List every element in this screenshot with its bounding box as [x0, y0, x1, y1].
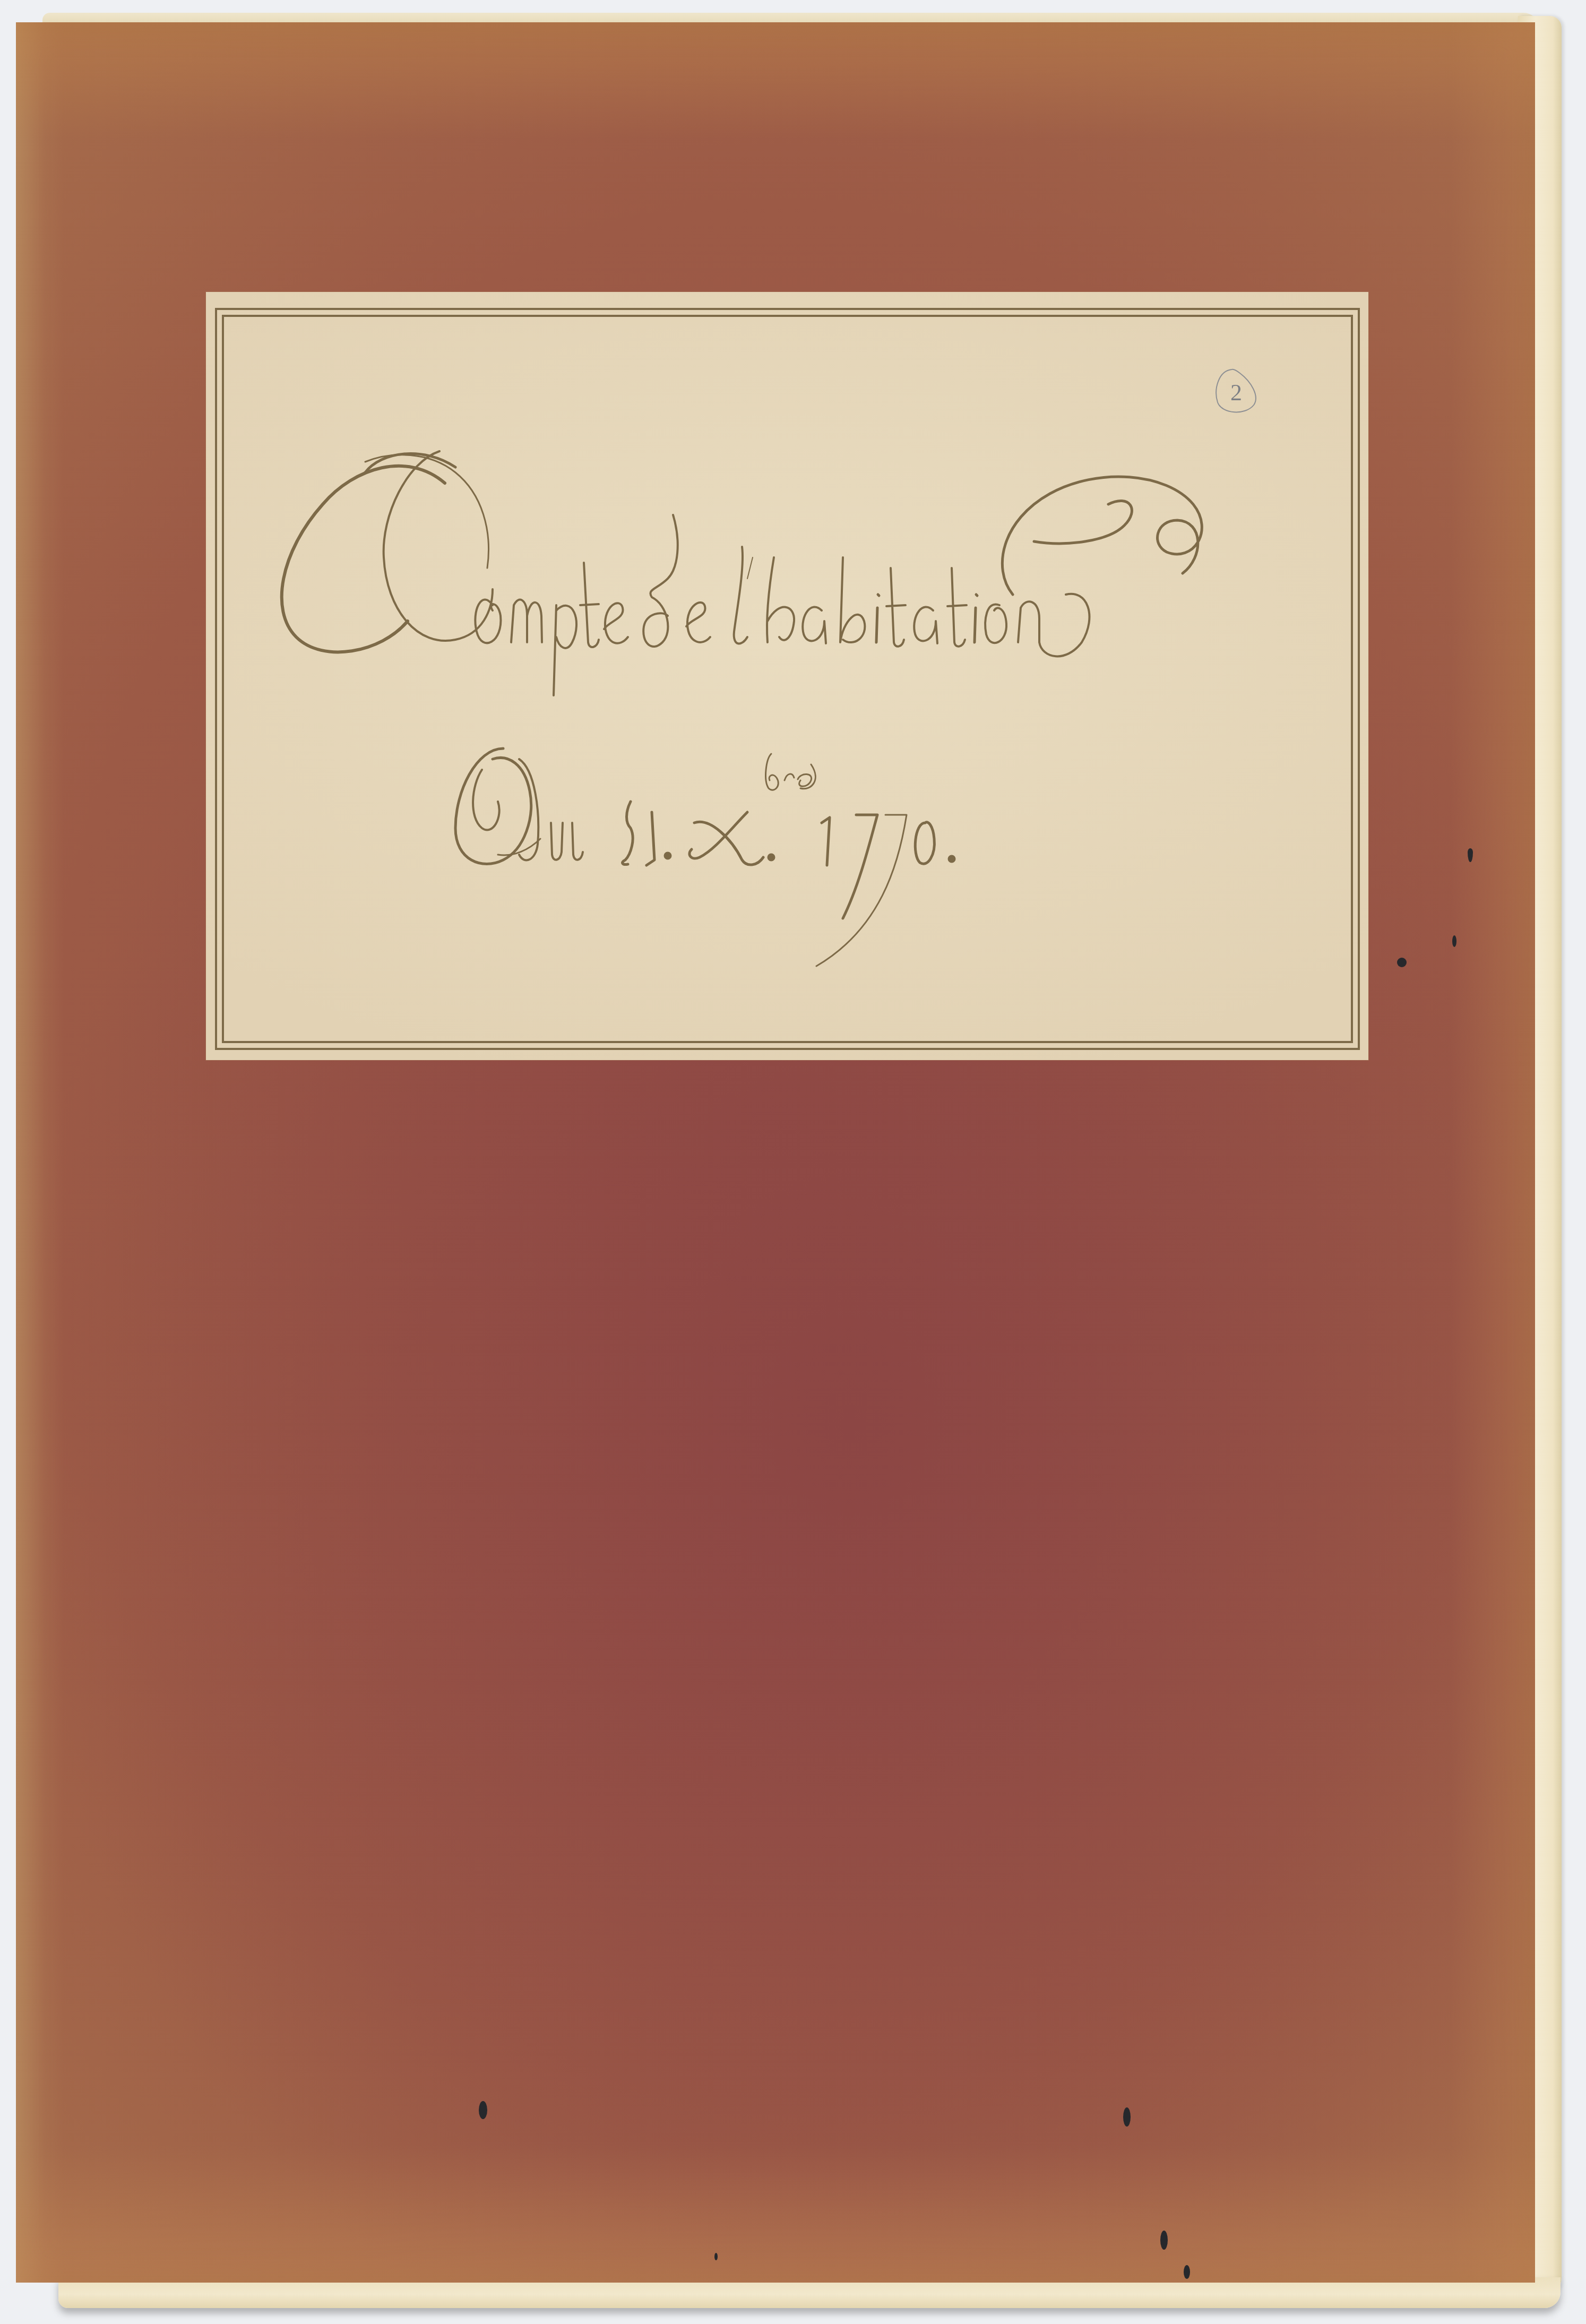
cover-edge-wear-top	[16, 22, 1535, 139]
title-word-l	[734, 547, 753, 643]
title-word-de	[643, 515, 710, 647]
calligraphy	[206, 292, 1368, 1060]
title-word-habitation	[767, 557, 1089, 656]
ink-spot	[1160, 2231, 1168, 2250]
ink-spot	[1452, 935, 1456, 947]
archive-number: 2	[1230, 380, 1242, 406]
title-label: Compte de l'habitation Au 31. Xbre 1770.	[206, 292, 1368, 1060]
date-capital-a	[455, 748, 540, 864]
date-day	[623, 802, 670, 865]
date-year	[816, 815, 954, 966]
ink-spot	[714, 2253, 718, 2260]
cover: Compte de l'habitation Au 31. Xbre 1770.	[16, 22, 1535, 2283]
cover-edge-wear-right	[1450, 22, 1535, 2283]
title-capital-c	[282, 451, 493, 652]
ink-spot	[1123, 2107, 1131, 2127]
cover-edge-wear-left	[16, 22, 64, 2283]
ink-spot	[1397, 958, 1407, 967]
cover-edge-wear-bottom	[16, 2145, 1535, 2283]
ink-spot	[479, 2101, 487, 2119]
title-flourish	[1002, 477, 1202, 595]
date-text-u	[551, 823, 583, 860]
date-month-superscript-bre	[766, 754, 816, 790]
ink-spot	[1184, 2265, 1190, 2279]
date-month-x	[689, 812, 774, 865]
title-word-ompte	[475, 563, 628, 695]
archive-number-circle-icon: 2	[1208, 365, 1261, 418]
